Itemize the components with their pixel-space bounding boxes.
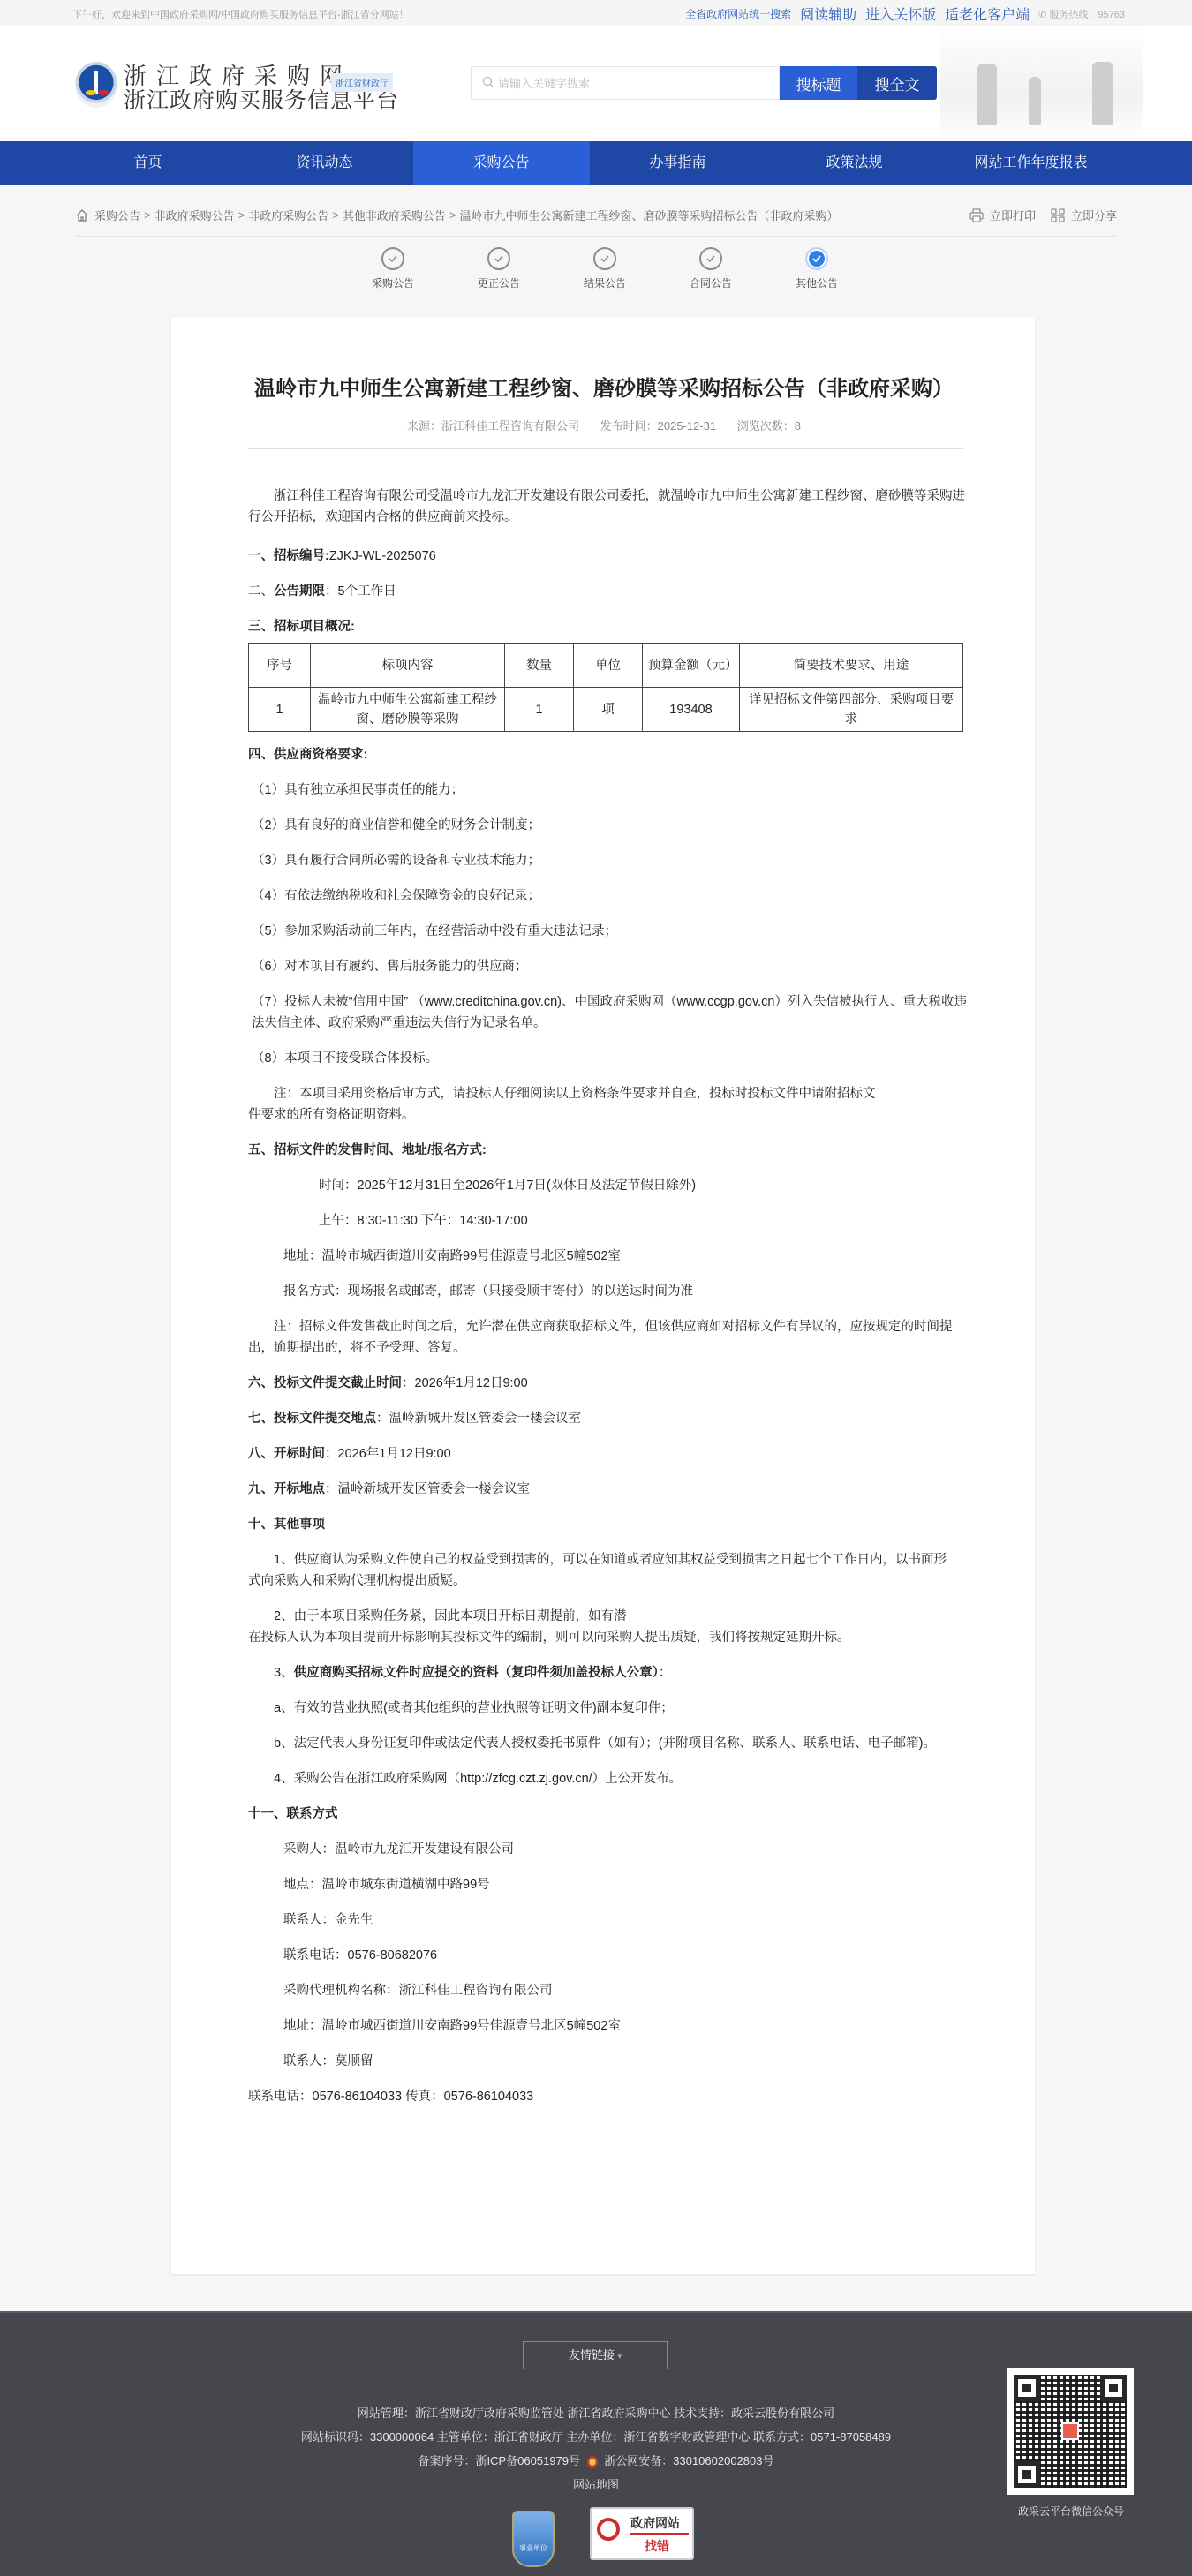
table-header-row: 序号 标项内容 数量 单位 预算金额（元） 简要技术要求、用途: [249, 644, 963, 688]
elderly-client-link[interactable]: 适老化客户端: [945, 4, 1030, 24]
site-header: 浙江政府采购网 浙江政府购买服务信息平台 浙江省财政厅 搜标题 搜全文: [0, 26, 1192, 141]
section-contact: 十一、联系方式: [248, 1804, 968, 1825]
share-button[interactable]: 立即分享: [1050, 207, 1117, 223]
article-title: 温岭市九中师生公寓新建工程纱窗、磨砂膜等采购招标公告（非政府采购）: [171, 371, 1037, 402]
step-contract[interactable]: 合同公告: [689, 247, 733, 290]
chevron-down-icon: ▾: [618, 2352, 622, 2361]
reading-aid-link[interactable]: 阅读辅助: [800, 4, 856, 24]
public-institution-badge-icon[interactable]: 事业单位: [512, 2511, 555, 2567]
nav-home[interactable]: 首页: [60, 141, 237, 185]
unified-search-link[interactable]: 全省政府网站统一搜索: [685, 6, 791, 21]
project-table: 序号 标项内容 数量 单位 预算金额（元） 简要技术要求、用途 1 温岭市九中师…: [248, 643, 963, 732]
contact-agent-person: 联系人：莫顺留: [248, 2051, 968, 2072]
search-input[interactable]: [498, 67, 772, 99]
step-procurement[interactable]: 采购公告: [371, 247, 415, 290]
icp-link[interactable]: 备案序号：浙ICP备06051979号: [419, 2454, 581, 2467]
friend-links-dropdown[interactable]: 友情链接 ▾: [523, 2341, 668, 2369]
breadcrumb: 采购公告> 非政府采购公告> 非政府采购公告> 其他非政府采购公告> 温岭市九中…: [75, 194, 1117, 237]
contact-agent: 采购代理机构名称：浙江科佳工程咨询有限公司: [248, 1980, 968, 2001]
breadcrumb-current: 温岭市九中师生公寓新建工程纱窗、磨砂膜等采购招标公告（非政府采购）: [459, 207, 838, 223]
home-icon[interactable]: [75, 208, 89, 222]
registration-method: 报名方式：现场报名或邮寄，邮寄（只接受顺丰寄付）的以送达时间为准: [248, 1281, 968, 1302]
contact-agent-address: 地址：温岭市城西街道川安南路99号佳源壹号北区5幢502室: [248, 2015, 968, 2037]
wechat-qr-code: [1007, 2368, 1134, 2495]
article-body: 浙江科佳工程咨询有限公司受温岭市九龙汇开发建设有限公司委托，就温岭市九中师生公寓…: [248, 486, 968, 2121]
section-document-sale: 五、招标文件的发售时间、地址/报名方式:: [248, 1140, 968, 1161]
section-project-overview: 三、招标项目概况:: [248, 616, 968, 637]
qualification-item: （2）具有良好的商业信誉和健全的财务会计制度；: [248, 815, 968, 836]
nav-news[interactable]: 资讯动态: [237, 141, 413, 185]
contact-purchaser-person: 联系人：金先生: [248, 1909, 968, 1931]
section-other-matters: 十、其他事项: [248, 1514, 968, 1535]
print-button[interactable]: 立即打印: [969, 207, 1036, 223]
section-opening-place: 九、开标地点：温岭新城开发区管委会一楼会议室: [248, 1479, 968, 1500]
contact-purchaser-phone: 联系电话：0576-80682076: [248, 1945, 968, 1966]
article-source: 来源：浙江科佳工程咨询有限公司: [407, 419, 579, 433]
search-fulltext-button[interactable]: 搜全文: [857, 66, 937, 100]
step-other-current[interactable]: 其他公告: [795, 247, 839, 290]
care-version-link[interactable]: 进入关怀版: [865, 4, 936, 24]
contact-agent-phone: 联系电话：0576-86104033 传真：0576-86104033: [248, 2086, 968, 2107]
header-scenery-image: [940, 26, 1143, 141]
check-circle-filled-icon: [805, 247, 828, 270]
section-qualifications: 四、供应商资格要求:: [248, 744, 968, 765]
nav-procurement-notice[interactable]: 采购公告: [413, 141, 590, 185]
logo-title[interactable]: 浙江政府采购网: [124, 64, 352, 88]
finance-dept-badge[interactable]: 浙江省财政厅: [331, 73, 393, 92]
notice-steps: 采购公告 更正公告 结果公告 合同公告 其他公告: [371, 247, 839, 290]
qualification-item: （1）具有独立承担民事责任的能力；: [248, 780, 968, 801]
police-badge-icon: [587, 2456, 598, 2468]
hotline: ✆ 服务热线：95763: [1038, 7, 1125, 21]
check-circle-icon: [487, 247, 510, 270]
contact-purchaser: 采购人：温岭市九龙汇开发建设有限公司: [248, 1839, 968, 1860]
title-divider: [248, 448, 963, 449]
breadcrumb-item[interactable]: 其他非政府采购公告: [343, 207, 446, 223]
section-notice-period: 二、公告期限：5个工作日: [248, 581, 968, 602]
qualification-item: （6）对本项目有履约、售后服务能力的供应商；: [248, 956, 968, 977]
step-result[interactable]: 结果公告: [583, 247, 627, 290]
qualification-item: （3）具有履行合同所必需的设备和专业技术能力；: [248, 850, 968, 871]
police-record-link[interactable]: 浙公网安备：33010602002803号: [604, 2454, 773, 2467]
search-box: [471, 66, 780, 100]
sale-address: 地址：温岭市城西街道川安南路99号佳源壹号北区5幢502室: [248, 1246, 968, 1267]
qr-share-icon: [1050, 207, 1066, 223]
other-item-3b: b、法定代表人身份证复印件或法定代表人授权委托书原件（如有）；(并附项目名称、联…: [248, 1733, 968, 1754]
qualification-item: （5）参加采购活动前三年内，在经营活动中没有重大违法记录；: [248, 921, 968, 942]
search-icon: [482, 76, 494, 88]
table-row: 1 温岭市九中师生公寓新建工程纱窗、磨砂膜等采购 1 项 193408 详见招标…: [249, 688, 963, 732]
step-correction[interactable]: 更正公告: [477, 247, 521, 290]
logo-emblem-icon[interactable]: [75, 62, 117, 108]
breadcrumb-item[interactable]: 采购公告: [94, 207, 140, 223]
other-item-2: 2、由于本项目采购任务紧，因此本项目开标日期提前，如有潜在投标人认为本项目提前开…: [248, 1606, 968, 1648]
phone-icon: ✆: [1038, 10, 1049, 20]
search-title-button[interactable]: 搜标题: [780, 66, 857, 100]
article-actions: 立即打印 立即分享: [969, 207, 1117, 223]
qr-logo-icon: [1061, 2422, 1079, 2440]
article-publish-time: 发布时间：2025-12-31: [600, 419, 717, 433]
intro-paragraph: 浙江科佳工程咨询有限公司受温岭市九龙汇开发建设有限公司委托，就温岭市九中师生公寓…: [248, 486, 968, 528]
nav-annual-report[interactable]: 网站工作年度报表: [943, 141, 1120, 185]
other-item-3: 3、供应商购买招标文件时应提交的资料（复印件须加盖投标人公章）：: [248, 1662, 968, 1683]
top-links: 全省政府网站统一搜索 阅读辅助 进入关怀版 适老化客户端 ✆ 服务热线：9576…: [685, 4, 1125, 24]
sale-hours: 上午：8:30-11:30 下午：14:30-17:00: [248, 1210, 968, 1232]
article-meta: 来源：浙江科佳工程咨询有限公司 发布时间：2025-12-31 浏览次数：8: [171, 417, 1037, 433]
check-circle-icon: [381, 247, 404, 270]
check-circle-icon: [593, 247, 616, 270]
qualification-item: （8）本项目不接受联合体投标。: [248, 1048, 968, 1069]
article-views: 浏览次数：8: [737, 419, 801, 433]
step-connector: [733, 260, 795, 260]
top-bar: 下午好，欢迎来到中国政府采购网/中国政府购买服务信息平台-浙江省分网站！ 全省政…: [0, 0, 1192, 26]
section-bid-number: 一、招标编号:ZJKJ-WL-2025076: [248, 546, 968, 567]
other-item-3a: a、有效的营业执照(或者其他组织的营业执照等证明文件)副本复印件；: [248, 1698, 968, 1719]
site-footer: 友情链接 ▾ 网站管理：浙江省财政厅政府采购监管处 浙江省政府采购中心 技术支持…: [0, 2311, 1192, 2576]
main-nav: 首页 资讯动态 采购公告 办事指南 政策法规 网站工作年度报表: [0, 141, 1192, 185]
step-connector: [415, 260, 477, 260]
qualification-item: （4）有依法缴纳税收和社会保障资金的良好记录；: [248, 885, 968, 907]
welcome-text: 下午好，欢迎来到中国政府采购网/中国政府购买服务信息平台-浙江省分网站！: [72, 7, 409, 21]
article-card: 温岭市九中师生公寓新建工程纱窗、磨砂膜等采购招标公告（非政府采购） 来源：浙江科…: [170, 318, 1036, 2276]
qr-caption: 政采云平台微信公众号: [1000, 2504, 1142, 2519]
section-submission-place: 七、投标文件提交地点：温岭新城开发区管委会一楼会议室: [248, 1408, 968, 1429]
contact-purchaser-address: 地点：温岭市城东街道横湖中路99号: [248, 1874, 968, 1895]
breadcrumb-item[interactable]: 非政府采购公告: [248, 207, 328, 223]
step-connector: [627, 260, 689, 260]
qualification-item: （7）投标人未被“信用中国” （www.creditchina.gov.cn)、…: [248, 991, 968, 1034]
logo-subtitle[interactable]: 浙江政府购买服务信息平台: [124, 88, 399, 113]
printer-icon: [969, 207, 985, 223]
magnifier-icon: [597, 2518, 620, 2541]
gov-site-error-report-badge[interactable]: 政府网站 找错: [590, 2507, 694, 2560]
nav-guide[interactable]: 办事指南: [590, 141, 766, 185]
sale-note: 注：招标文件发售截止时间之后，允许潜在供应商获取招标文件，但该供应商如对招标文件…: [248, 1316, 968, 1359]
section-submission-deadline: 六、投标文件提交截止时间：2026年1月12日9:00: [248, 1373, 968, 1394]
sale-time: 时间：2025年12月31日至2026年1月7日(双休日及法定节假日除外): [248, 1175, 968, 1196]
section-opening-time: 八、开标时间：2026年1月12日9:00: [248, 1443, 968, 1465]
sitemap-link[interactable]: 网站地图: [573, 2478, 619, 2491]
other-item-1: 1、供应商认为采购文件使自己的权益受到损害的，可以在知道或者应知其权益受到损害之…: [248, 1549, 968, 1592]
nav-policy[interactable]: 政策法规: [766, 141, 943, 185]
qualification-note: 注：本项目采用资格后审方式，请投标人仔细阅读以上资格条件要求并自查，投标时投标文…: [248, 1083, 968, 1126]
breadcrumb-item[interactable]: 非政府采购公告: [155, 207, 235, 223]
check-circle-icon: [699, 247, 722, 270]
other-item-4: 4、采购公告在浙江政府采购网（http://zfcg.czt.zj.gov.cn…: [248, 1768, 968, 1789]
step-connector: [521, 260, 583, 260]
